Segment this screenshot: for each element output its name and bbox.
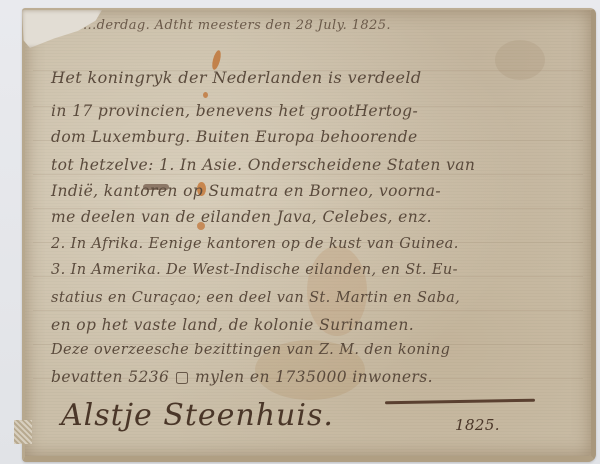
- text-line-8: 3. In Amerika. De West-Indische eilanden…: [51, 262, 458, 278]
- text-line-9: statius en Curaçao; een deel van St. Mar…: [51, 290, 460, 306]
- ruled-line: [33, 310, 583, 311]
- text-line-12: bevatten 5236 ▢ mylen en 1735000 inwoner…: [51, 368, 433, 386]
- signature-year: 1825.: [455, 416, 500, 434]
- ruled-line: [33, 174, 583, 175]
- text-line-2: in 17 provincien, benevens het grootHert…: [51, 102, 418, 120]
- manuscript-page: ...derdag. Adtht meesters den 28 July. 1…: [22, 8, 596, 462]
- folded-corner: [14, 420, 32, 444]
- water-stain: [495, 40, 545, 80]
- text-line-10: en op het vaste land, de kolonie Surinam…: [51, 316, 414, 334]
- text-line-7: 2. In Afrika. Eenige kantoren op de kust…: [51, 236, 459, 252]
- text-line-1: Het koningryk der Nederlanden is verdeel…: [51, 68, 422, 87]
- signature-name: Alstje Steenhuis.: [61, 398, 334, 433]
- photo-stage: ...derdag. Adtht meesters den 28 July. 1…: [0, 0, 600, 464]
- rust-stain: [203, 92, 208, 98]
- text-line-5: Indië, kantoren op Sumatra en Borneo, vo…: [51, 182, 441, 200]
- text-line-3: dom Luxemburg. Buiten Europa behoorende: [51, 128, 418, 146]
- text-line-4: tot hetzelve: 1. In Asie. Onderscheidene…: [51, 156, 475, 174]
- text-line-6: me deelen van de eilanden Java, Celebes,…: [51, 208, 432, 226]
- signature-flourish: [385, 399, 535, 405]
- text-line-11: Deze overzeesche bezittingen van Z. M. d…: [51, 342, 450, 358]
- header-line: ...derdag. Adtht meesters den 28 July. 1…: [83, 18, 391, 33]
